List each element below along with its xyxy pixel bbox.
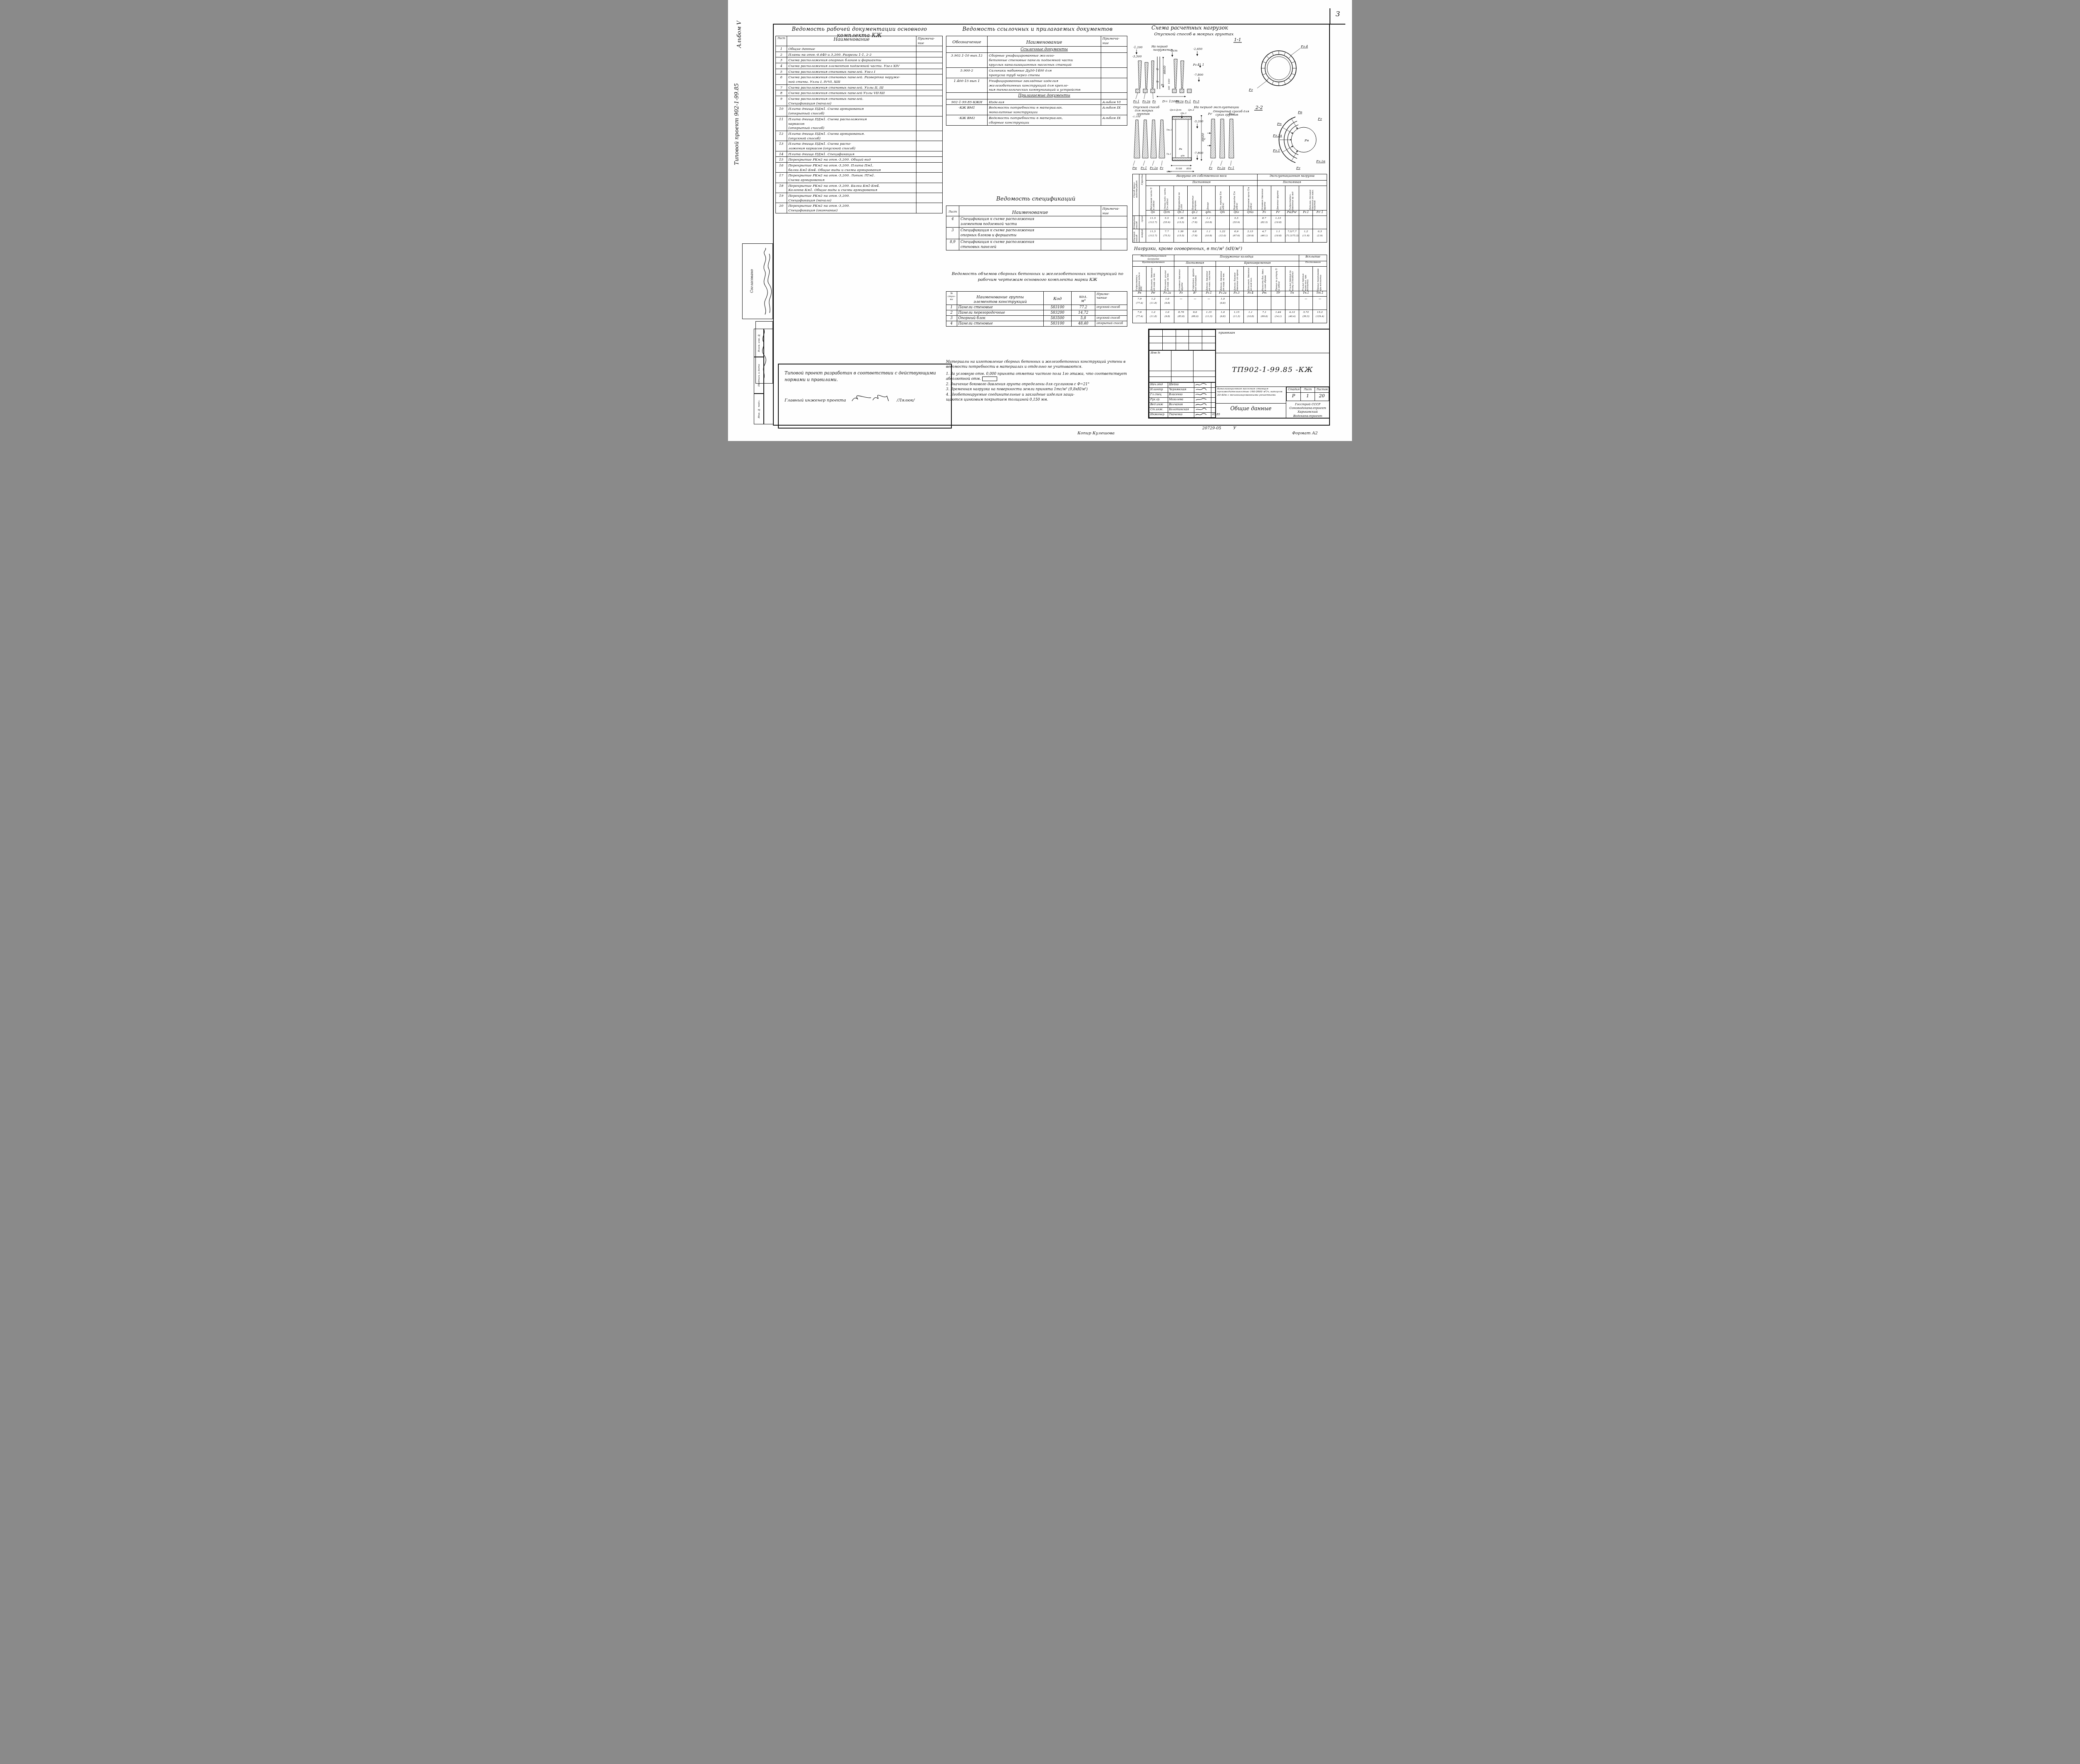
col-header: Приме- чание (1095, 292, 1127, 305)
signature-row: Гл.спецВласенко (1149, 393, 1216, 398)
row-name: Опорный блок (957, 316, 1043, 321)
table-header-row: Лист Наименование Примеча- ние (776, 36, 943, 46)
table-row: 7,9(77,4) 1,2(11,8) 1,0(9,8) 8,76(85,8) … (1133, 310, 1327, 323)
row-num: 3 (776, 57, 787, 63)
sig-date: 05.85 (1211, 413, 1216, 418)
elevation-label: -3,200 (1194, 120, 1203, 123)
table-row: 3Опорный блок5835005,8опускной способ (946, 316, 1127, 321)
note-item-2: 2. Значение бокового давления грунта опр… (946, 382, 1132, 387)
stamp-code-suffix: У (1233, 426, 1236, 431)
group-header: Всплытие (1299, 255, 1327, 261)
stamp-inv: Инв. № подл. (754, 394, 764, 424)
copier-note: Копир Кулешова (1077, 431, 1114, 436)
cell-value: 1,13 (1272, 216, 1284, 220)
group-header: Нагрузка от собственного веса (1146, 174, 1258, 181)
loads-units-caption: Нагрузки, кроме оговоренных, в тс/м² (кН… (1134, 246, 1325, 251)
col-symbol: Рт (1258, 291, 1271, 297)
table-header-row: Гидростатич. давление воды в КНС Дополни… (1133, 267, 1327, 291)
cell-paren: (77,4) (1133, 314, 1146, 318)
col-desc: Перекрытие на 0,000 (1174, 186, 1187, 211)
cell-value: 7,9 (1133, 297, 1146, 300)
doc-name: Ведомость потребности в материалах. моно… (988, 105, 1101, 115)
group-header: Эксплуатационная нагрузка (1257, 174, 1327, 181)
row-name: Спецификация к схеме расположения элемен… (959, 216, 1101, 228)
cell-paren (1175, 300, 1187, 302)
cell-paren: (82.3) (1258, 220, 1270, 224)
row-name: Схема расположения элементов подземной ч… (787, 63, 916, 69)
col-symbol: Тн.1 (1299, 291, 1313, 297)
cell-value: 8,76 (1175, 310, 1187, 314)
row-name: Перекрытие РКм2 на отм.-3,200. Специфика… (787, 203, 916, 213)
doc-note (1101, 67, 1127, 78)
diagram-subtitle: Опускной способ в мокрых грунтах (1154, 32, 1234, 37)
cell-value: 1,15 (1203, 310, 1215, 314)
table-row: 5.900-2Сальники набивные Ду50-1400 для п… (946, 67, 1127, 78)
inventory-grid: Инв № (1149, 350, 1216, 382)
sheet-label: Лист (1301, 387, 1315, 392)
section-title: Прилагаемые документы (988, 93, 1101, 99)
row-num: 6 (776, 74, 787, 84)
stage-table: Стадия Лист Листов Р 1 20 (1286, 387, 1329, 401)
operation-elevation-diagram: 2-2 Опускной способ для мокрых грунтов Н… (1132, 105, 1325, 172)
table-header-row: Постоянная Постоянная (1133, 181, 1327, 186)
col-desc: Усилие трения по ножу (Т/м(кН/м)) (1285, 267, 1299, 291)
note-item-1: 1. За условную отм. 0,000 принята отметк… (946, 372, 1127, 381)
cell-value: 1.1 (1272, 229, 1284, 233)
row-name: Панели стеновые (957, 305, 1043, 310)
doc-name: Сальники набивные Ду50-1400 для пропуска… (988, 67, 1101, 78)
sig-name: Волчанов (1168, 403, 1194, 408)
row-method: Открытый способ (1133, 216, 1139, 229)
col-desc: Дополнит. усилие от нагр. на пов. (1160, 267, 1174, 291)
sig-role: Нач.отд (1149, 383, 1168, 388)
row-num: 13 (776, 141, 787, 151)
table-row: 18Перекрытие РКм2 на отм.-3,200. Балки Б… (776, 183, 943, 193)
table-row: 3Спецификация к схеме расположения опорн… (946, 228, 1127, 239)
cell-value: 0,3 (1313, 229, 1326, 233)
elevation-label: -2,650 (1193, 47, 1203, 51)
group-header: Эксплуатационная нагрузка (1133, 255, 1174, 261)
table-row: 2Панели перегородочные58320014,72 (946, 310, 1127, 316)
row-name: Перекрытие РКм2 на отм.-3,200. Общий вид (787, 157, 916, 163)
cell-paren: (11,3) (1203, 314, 1215, 318)
agreed-stamp: Согласовано (742, 243, 773, 319)
table-row: 12Плита днища ПДм1. Схема армирования. (… (776, 131, 943, 141)
cell-value: 0,8 (1188, 216, 1201, 220)
doc-code: -КЖ ВМ2 (946, 115, 988, 126)
sub-header: Постоянная (1174, 261, 1216, 267)
col-symbol: Рг' (1271, 211, 1285, 216)
row-soil: сухие (1139, 216, 1146, 229)
revision-grid (1149, 330, 1216, 350)
load-label: Rн (1161, 84, 1164, 87)
col-desc: Гидростатич. давление воды в КНС (1133, 267, 1146, 291)
note-item-3: 3. Временная нагрузка на поверхности зем… (946, 387, 1132, 392)
load-scheme-diagram: Схема расчетных нагрузок Опускной способ… (1132, 24, 1327, 172)
cell-paren: (13,3) (1174, 220, 1187, 224)
cell-paren: (10.8) (1272, 233, 1284, 237)
sheets-value: 20 (1315, 393, 1329, 401)
doc-note: Альбом VI (1101, 99, 1127, 105)
table-header-row: Qн Qст Qп.1 qп.2 qдн. Qт Qпг Qтз Рг Рг' … (1133, 211, 1327, 216)
cell-paren (1244, 217, 1256, 218)
elevation-label: -3,500 (1132, 55, 1142, 58)
load-label: Рг.1 (1184, 100, 1191, 103)
load-label: Рв (1304, 139, 1309, 142)
work-docs-table: Лист Наименование Примеча- ние 1Общие да… (775, 36, 943, 213)
row-num: 10 (776, 106, 787, 116)
load-label: Рг.1 (1140, 166, 1147, 170)
row-num: 2 (946, 310, 957, 316)
col-symbol: ТУ (1271, 291, 1285, 297)
sig-name: Болотинская (1168, 408, 1194, 413)
row-num: 3 (946, 228, 959, 239)
load-label: Рг.1 (1228, 112, 1235, 116)
section-mark-2-2: 2-2 (1255, 105, 1263, 110)
doc-code: 1.400-15 вып 1 (946, 78, 988, 93)
cell-paren (1286, 297, 1298, 299)
row-num: 1 (776, 46, 787, 52)
load-label: Рв (1298, 110, 1302, 114)
doc-note: Альбом IX (1101, 115, 1127, 126)
col-desc: Тех. коридор Т/м (кН/м) (1216, 186, 1229, 211)
cell-paren: (9,8) (1216, 314, 1229, 318)
load-label: Рв (1179, 148, 1182, 151)
cell-paren (1230, 297, 1243, 299)
sub-header: Кратковременная (1216, 261, 1299, 267)
signature-row: Н.контрЧернявская (1149, 388, 1216, 393)
col-symbol: Тт.1 (1313, 291, 1327, 297)
self-weight-load-table: Способ произ-водства работ Грунты Нагруз… (1132, 174, 1327, 243)
volumes-title: Ведомость объемов сборных бетонных и жел… (946, 271, 1129, 282)
stamp-code: 20729-05 (1202, 426, 1221, 431)
sig-name: Мозолева (1168, 398, 1194, 403)
cell-paren: (112.7) (1146, 233, 1159, 237)
table-row: 16Перекрытие РКм2 на отм.-3,200. Плита П… (776, 162, 943, 172)
general-notes: Материалы на изготовление сборных бетонн… (946, 359, 1132, 403)
load-label: Тн (1156, 81, 1159, 83)
col-desc: Разность бок. давл. в зоне обрыва (1258, 267, 1271, 291)
cell-paren: (68,0) (1189, 314, 1201, 318)
table-header-row: № стро- ки Наименование группы элементов… (946, 292, 1127, 305)
row-num: 11 (776, 116, 787, 131)
section-title: Ссылочные документы (988, 46, 1101, 52)
elevation-label: -1,200 (1133, 46, 1143, 49)
cell-value: 7,1 (1258, 310, 1270, 314)
col-desc: Основное давление грунта (1174, 267, 1188, 291)
doc-name: Унифицированные закладные изделия железо… (988, 78, 1101, 93)
cell-paren: (9,8) (1216, 300, 1229, 305)
cell-paren: (11.8) (1300, 233, 1312, 237)
table-row: 3Схема расположения опорных блоков и фор… (776, 57, 943, 63)
table-row: 17Перекрытие РКм2 на отм.-3,200. Лоток Л… (776, 173, 943, 183)
load-label: Рг.2а (1217, 166, 1225, 170)
sheet-value: 1 (1301, 393, 1315, 401)
load-label: Qст (1171, 49, 1178, 52)
cell-value: 1.36 (1174, 229, 1187, 233)
doc-code: 5.900-2 (946, 67, 988, 78)
row-code: 583200 (1044, 310, 1072, 316)
row-name: Панели стеновые (957, 321, 1043, 327)
table-row: 4Спецификация к схеме расположения элеме… (946, 216, 1127, 228)
load-label: Qп.2 (1188, 109, 1194, 111)
load-label: Pw (1132, 166, 1137, 170)
cell-value: 3,72 (1300, 310, 1312, 314)
row-num: 12 (776, 131, 787, 141)
table-row: 4Схема расположения элементов подземной … (776, 63, 943, 69)
table-row: 1Общие данные (776, 46, 943, 52)
col-symbol: Рг.2а (1216, 291, 1230, 297)
signature-row: ИнженерТкаченко05.85 (1149, 413, 1216, 418)
cell-paren: (53.9) (1230, 220, 1243, 224)
cell-value: 1.36 (1174, 216, 1187, 220)
col-desc: Дополн. боковое давление от крена (1230, 267, 1243, 291)
row-note: опускной способ (1095, 305, 1127, 310)
table-row: 1Панели стеновые58310077.2опускной спосо… (946, 305, 1127, 310)
cell-paren: (12.0) (1216, 233, 1228, 237)
sig-name: Чернявская (1168, 388, 1194, 393)
col-desc: Днище (1201, 186, 1215, 211)
table-row: 11Плита днища ПДм1. Схема расположения к… (776, 116, 943, 131)
col-header: Лист (946, 206, 959, 216)
load-label: Рг' (1208, 112, 1212, 116)
sig-role: Н.контр (1149, 388, 1168, 393)
row-num: 15 (776, 157, 787, 163)
row-num: 19 (776, 193, 787, 203)
cell-paren: (2.9) (1313, 233, 1326, 237)
sheet-title: Общие данные (1216, 404, 1286, 418)
col-header: Примеча- ние (1101, 206, 1127, 216)
cell-paren: (112.7) (1146, 220, 1159, 224)
cell-paren (1216, 217, 1228, 218)
row-name: Спецификация к схеме расположения стенов… (959, 239, 1101, 250)
section-mark-1-1: 1-1 (1234, 37, 1241, 42)
row-qty: 14,72 (1072, 310, 1095, 316)
row-name: Перекрытие РКм2 на отм.-3,200. Плита Пм1… (787, 162, 916, 172)
cell-paren: (11.8) (1147, 300, 1159, 305)
load-label: Рг.1 (1133, 100, 1139, 103)
table-row: 4Панели стеновые58310048,40открытый спос… (946, 321, 1127, 327)
row-name: Плита днища ПДм1. Схема расположения кар… (787, 116, 916, 131)
signatures-table: Нач.отдШейко Н.контрЧернявская Гл.спецВл… (1149, 382, 1216, 418)
cell-paren (1300, 217, 1312, 218)
col-header: Код (1044, 292, 1072, 305)
sig-name: Шейко (1168, 383, 1194, 388)
table-row: 20Перекрытие РКм2 на отм.-3,200. Специфи… (776, 203, 943, 213)
spec-list-title: Ведомость спецификаций (961, 196, 1111, 202)
col-desc: Дополн. давление от накл. пластов (1202, 267, 1216, 291)
cell-value: — (1175, 297, 1187, 300)
row-qty: 48,40 (1072, 321, 1095, 327)
col-symbol: Рв (1133, 291, 1146, 297)
row-num: 1 (946, 305, 957, 310)
row-name: Схема расположения стеновых панелей. Раз… (787, 74, 916, 84)
cell-paren: (14,1) (1272, 314, 1284, 318)
col-symbol: Qн (1146, 211, 1160, 216)
row-name: Схема расположения стеновых панелей. Спе… (787, 96, 916, 106)
doc-stamp-code: 20729-05 У (1202, 426, 1236, 431)
signature-icon (1195, 403, 1207, 406)
col-symbol: Qт (1216, 211, 1229, 216)
signature-row: Нач.отдШейко (1149, 383, 1216, 388)
stamp-vzam: Взам. инв. № (754, 329, 764, 357)
signature-icon (1195, 398, 1207, 401)
table-row: 15Перекрытие РКм2 на отм.-3,200. Общий в… (776, 157, 943, 163)
row-soil: мокрые (1139, 229, 1146, 243)
sheets-label: Листов (1315, 387, 1329, 392)
col-symbol: Qтз (1243, 211, 1257, 216)
load-label: Рг.2а (1273, 134, 1282, 137)
signature-row: Рук.гр.Мозолева (1149, 398, 1216, 403)
cell-paren: (40,4) (1286, 314, 1298, 318)
cell-paren: (67.6) (1230, 233, 1243, 237)
method-label: Опускной способ (1133, 106, 1160, 109)
stamp-empty-col (764, 329, 774, 424)
load-label: Рг.4 (1193, 63, 1199, 67)
col-desc: Надземная часть Т/м (кН/м) (1146, 186, 1160, 211)
cell-value: 1,1 (1244, 310, 1257, 314)
title-block: Инв № Нач.отдШейко Н.контрЧернявская Гл.… (1148, 329, 1330, 419)
signature-row: Вед.инжВолчанов (1149, 403, 1216, 408)
cell-value: 8.7 (1258, 216, 1270, 220)
col-header: Наименование группы элементов конструкци… (957, 292, 1043, 305)
cell-paren (1203, 300, 1215, 302)
col-desc: Тампонаж щели Т/м (кН/м) (1243, 186, 1257, 211)
table-header-row: Лист Наименование Примеча- ние (946, 206, 1127, 216)
col-symbol: Рг.3 (1230, 291, 1243, 297)
col-symbol: Рв' (1146, 291, 1160, 297)
row-name: Панели перегородочные (957, 310, 1043, 316)
sig-name: Ткаченко (1168, 413, 1194, 418)
cell-value: 1.1 (1202, 229, 1215, 233)
row-name: Общие данные (787, 46, 916, 52)
cell-paren: (10.8) (1202, 233, 1215, 237)
sub-header: Постоянная (1257, 181, 1327, 186)
section-1-1-ring: Рг.4 Рг (1248, 45, 1308, 92)
col-symbol: Рг.1 (1202, 291, 1216, 297)
col-desc: Дополн. давление от нагр. на пов. (1216, 267, 1230, 291)
table-header-row: Обозначение Наименование Примеча- ние (946, 36, 1127, 47)
cell-value: 6,9 (1230, 229, 1243, 233)
row-note: открытый способ (1095, 321, 1127, 327)
cell-value: 1,2 (1147, 297, 1159, 300)
col-symbol: Qст (1160, 211, 1174, 216)
col-desc: Дополнит. давление от нагр. на пов. (1146, 267, 1160, 291)
cell-paren (1244, 297, 1257, 299)
cell-paren: (53.9) (1160, 220, 1173, 224)
sig-date (1211, 403, 1216, 408)
row-name: Перекрытие РКм2 на отм.-3,200. Балки Бм1… (787, 183, 916, 193)
cell-paren: (46.1) (1258, 233, 1270, 237)
load-label: Рг.4 (1300, 45, 1308, 48)
col-header: Наименование (959, 206, 1101, 216)
row-code: 583100 (1044, 321, 1072, 327)
doc-name: Изделия (988, 99, 1101, 105)
row-num: 8 (776, 90, 787, 96)
sig-date (1211, 393, 1216, 398)
format-note: Формат А2 (1292, 431, 1318, 436)
col-desc: Давление грунта (1271, 186, 1285, 211)
note-item-4: 4. Необетонируемые соединительные и закл… (946, 392, 1132, 403)
sub-header: Постоянная (1146, 181, 1258, 186)
col-symbol: qдн. (1201, 211, 1215, 216)
cell-value: 1,0 (1161, 310, 1174, 314)
cell-value: 1,22 (1216, 229, 1228, 233)
table-row: Опускной способ мокрые 11,5(112.7) 7.7(7… (1133, 229, 1327, 243)
sig-role: Рук.гр. (1149, 398, 1168, 403)
col-header: Наименование (787, 36, 916, 46)
row-name: Перекрытие РКм2 на отм.-3,200. Специфика… (787, 193, 916, 203)
method-label: для мокрых (1135, 109, 1153, 112)
load-label: Рг (1152, 100, 1156, 103)
doc-code: 902-1-99.85-КЖИ (946, 99, 988, 105)
cell-paren: (75.5) (1160, 233, 1173, 237)
elevation-blank-box (982, 377, 997, 381)
col-desc: Трение по уступу Т/м (кН/м) (1271, 267, 1285, 291)
signature-icon (1195, 413, 1207, 416)
col-desc: Стены подз. части Т/м (кН/м) (1160, 186, 1174, 211)
cell-paren (1272, 297, 1284, 299)
cell-value: 1,2 (1300, 229, 1312, 233)
cell-paren: (77,4) (1133, 300, 1146, 305)
doc-code: -КЖ ВМ1 (946, 105, 988, 115)
row-note: опускной способ (1095, 316, 1127, 321)
table-row: 3.902.1-10 вып.12Сборные унифицированные… (946, 52, 1127, 67)
load-label: Рг (1296, 166, 1300, 170)
sig-role: Вед.инж (1149, 403, 1168, 408)
cell-value: 7.7 (1160, 229, 1173, 233)
table-row: 9Схема расположения стеновых панелей. Сп… (776, 96, 943, 106)
cell-paren (1286, 217, 1298, 218)
col-symbol: Рг.4 (1243, 291, 1257, 297)
row-num: 8,9 (946, 239, 959, 250)
sub-header: Кратковременная (1133, 261, 1174, 267)
row-name: Спецификация к схеме расположения опорны… (959, 228, 1101, 239)
cell-paren (1313, 217, 1326, 218)
col-symbol: Qп.1 (1174, 211, 1187, 216)
signature-icon (1195, 383, 1207, 386)
sig-date (1211, 388, 1216, 393)
col-desc: Гидростатич. давление гр. вод (1285, 186, 1299, 211)
col-symbol: Qпг (1229, 211, 1243, 216)
cell-value: 1,0 (1161, 297, 1174, 300)
sig-name: Власенко (1168, 393, 1194, 398)
col-symbol: R" (1188, 291, 1202, 297)
col-symbol: Тн (1285, 291, 1299, 297)
col-symbol: Рг (1257, 211, 1271, 216)
load-label: Рг.3 (1193, 100, 1199, 103)
cell-value: 5,5 (1230, 216, 1243, 220)
cell-paren: (69,6) (1258, 314, 1270, 318)
diagram-title: Схема расчетных нагрузок (1151, 25, 1228, 31)
cell-value: 13,2 (1313, 310, 1326, 314)
row-qty: 77.2 (1072, 305, 1095, 310)
stamp-podpis: Подпись и дата (754, 357, 764, 394)
doc-note (1101, 78, 1127, 93)
col-desc: Сопротивл. грунта под подошвой (1188, 267, 1202, 291)
cell-paren (1189, 300, 1201, 302)
load-label: Рг.1 (1273, 149, 1280, 152)
row-name: Схема расположения стеновых панелей Узлы… (787, 90, 916, 96)
table-row: 1.400-15 вып 1Унифицированные закладные … (946, 78, 1127, 93)
cell-paren: (13.3) (1174, 233, 1187, 237)
load-label: Qн+Qст (1170, 109, 1181, 111)
load-label: Рн (1277, 122, 1282, 126)
row-name: Планы на отм.-6.640 и 3,200. Разрезы 1-1… (787, 52, 916, 57)
illegible-signature-icon (762, 246, 773, 316)
album-label: Альбом V (736, 21, 743, 71)
shaft-wall-section: Qн+Qст Qп.1 Qп.2 Тт.1 Тн.1 -3,200 6600 -… (1166, 109, 1205, 172)
